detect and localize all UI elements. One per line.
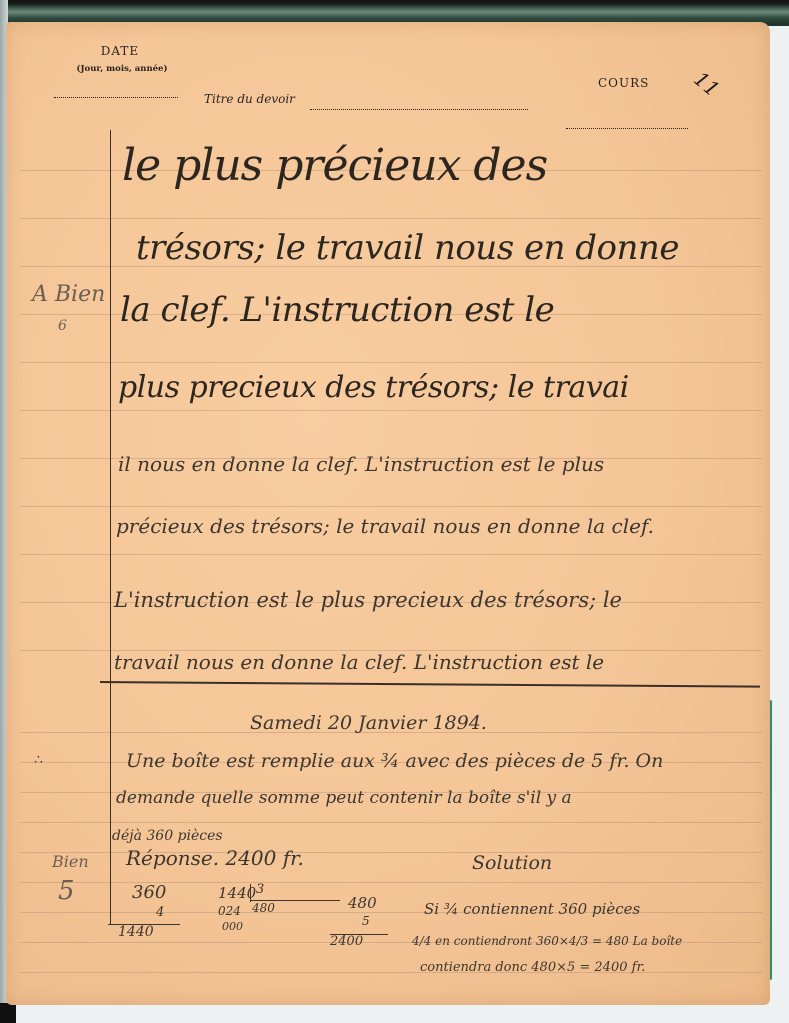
copywork-line: la clef. L'instruction est le <box>120 290 554 330</box>
problem-line: Une boîte est remplie aux ¾ avec des piè… <box>126 750 663 772</box>
copywork-line: plus precieux des trésors; le travai <box>118 370 629 405</box>
solution-title: Solution <box>472 852 552 874</box>
solution-line: contiendra donc 480×5 = 2400 fr. <box>420 960 645 975</box>
calc-division-divisor: 3 <box>256 882 264 897</box>
margin-dots: ∴ <box>34 752 46 769</box>
title-label: Titre du devoir <box>204 92 295 106</box>
exercise-grade-mark: Bien <box>52 852 89 871</box>
date-field-line <box>54 97 178 98</box>
calc-division-remainder: 024 <box>218 904 241 918</box>
calc-mult2-top: 480 <box>348 894 377 912</box>
date-label: DATE <box>85 44 155 58</box>
calc-mult2-multiplier: 5 <box>362 914 370 928</box>
calc-mult1-multiplier: 4 <box>156 905 164 920</box>
calc-division-remainder: 000 <box>222 920 243 933</box>
answer: Réponse. 2400 fr. <box>126 846 304 870</box>
course-label: COURS <box>598 76 649 90</box>
copywork-line: trésors; le travail nous en donne <box>136 228 679 268</box>
problem-line: demande quelle somme peut contenir la bo… <box>116 788 572 808</box>
exercise-grade-score: 5 <box>58 876 75 906</box>
copywork-line: L'instruction est le plus precieux des t… <box>114 588 622 612</box>
course-field-line <box>566 128 688 129</box>
copywork-line: travail nous en donne la clef. L'instruc… <box>114 650 604 674</box>
calc-mult1-top: 360 <box>132 882 166 903</box>
date-sublabel: (Jour, mois, année) <box>62 64 182 74</box>
calc-mult2-result: 2400 <box>330 934 363 949</box>
problem-line: déjà 360 pièces <box>112 828 223 844</box>
title-field-line <box>310 109 528 110</box>
exercise-date: Samedi 20 Janvier 1894. <box>250 712 487 734</box>
calc-mult1-result: 1440 <box>118 924 154 940</box>
solution-line: 4/4 en contiendront 360×4/3 = 480 La boî… <box>412 934 682 948</box>
copywork-line: le plus précieux des <box>122 140 547 191</box>
calc-division-quotient: 480 <box>252 901 275 915</box>
margin-line <box>110 130 111 925</box>
copywork-line: précieux des trésors; le travail nous en… <box>116 514 654 538</box>
copywork-grade-score: 6 <box>58 318 67 334</box>
solution-line: Si ¾ contiennent 360 pièces <box>424 900 640 918</box>
copywork-line: il nous en donne la clef. L'instruction … <box>118 452 604 476</box>
scan-border <box>0 1003 16 1023</box>
copywork-grade-mark: A Bien <box>32 282 105 307</box>
